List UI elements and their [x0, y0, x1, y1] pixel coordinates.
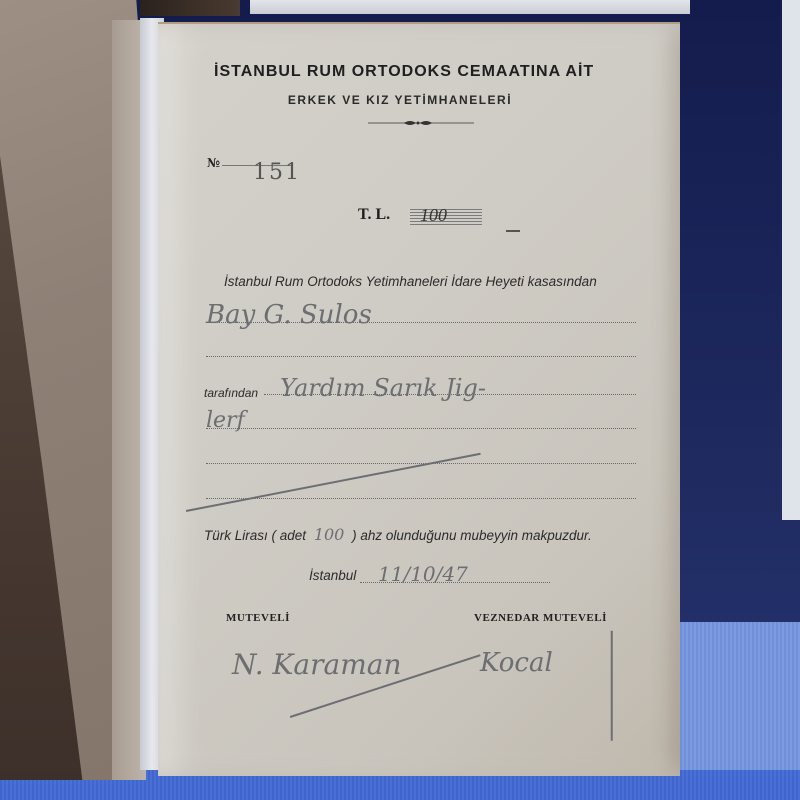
from-name-handwritten: Bay G. Sulos [206, 300, 372, 330]
trustee-label: MUTEVELİ [226, 612, 290, 624]
treasurer-trustee-label: VEZNEDAR MUTEVELİ [474, 612, 607, 624]
sum-value-handwritten: 100 [310, 525, 349, 544]
trustee-signature: N. Karaman [232, 648, 401, 681]
amount-value: 100 [420, 205, 447, 226]
sum-line: Türk Lirası ( adet 100 ) ahz olunduğunu … [204, 525, 592, 544]
line-1 [206, 322, 636, 323]
sum-suffix: ) ahz olunduğunu mubeyyin makpuzdur. [352, 528, 592, 543]
amount-dash [506, 230, 520, 232]
header-title: İSTANBUL RUM ORTODOKS CEMAATINA AİT [214, 63, 654, 81]
intro-text: İstanbul Rum Ortodoks Yetimhaneleri İdar… [224, 274, 597, 289]
top-corner-shadow [140, 0, 240, 16]
line-3 [264, 394, 636, 395]
top-paper-edge [250, 0, 690, 14]
date-handwritten: 11/10/47 [378, 562, 468, 586]
adjacent-paper-edge [782, 0, 800, 520]
by-label: tarafından [204, 386, 258, 400]
ornament-divider-icon [368, 119, 474, 127]
line-4 [206, 428, 636, 429]
by-handwritten-line1: Yardım Sarık Jig- [280, 374, 486, 402]
amount-label: T. L. [358, 206, 390, 224]
treasurer-signature: Kocal [480, 648, 553, 678]
receipt-number: 151 [253, 160, 301, 185]
line-2 [206, 356, 636, 357]
header-subtitle: ERKEK VE KIZ YETİMHANELERİ [200, 93, 600, 107]
pencil-vertical-stroke [611, 631, 613, 741]
sum-prefix: Türk Lirası ( adet [204, 528, 306, 543]
place-label: İstanbul [309, 568, 356, 583]
number-label: № [207, 156, 220, 170]
by-handwritten-line2: lerf [206, 408, 245, 433]
line-6 [206, 498, 636, 499]
